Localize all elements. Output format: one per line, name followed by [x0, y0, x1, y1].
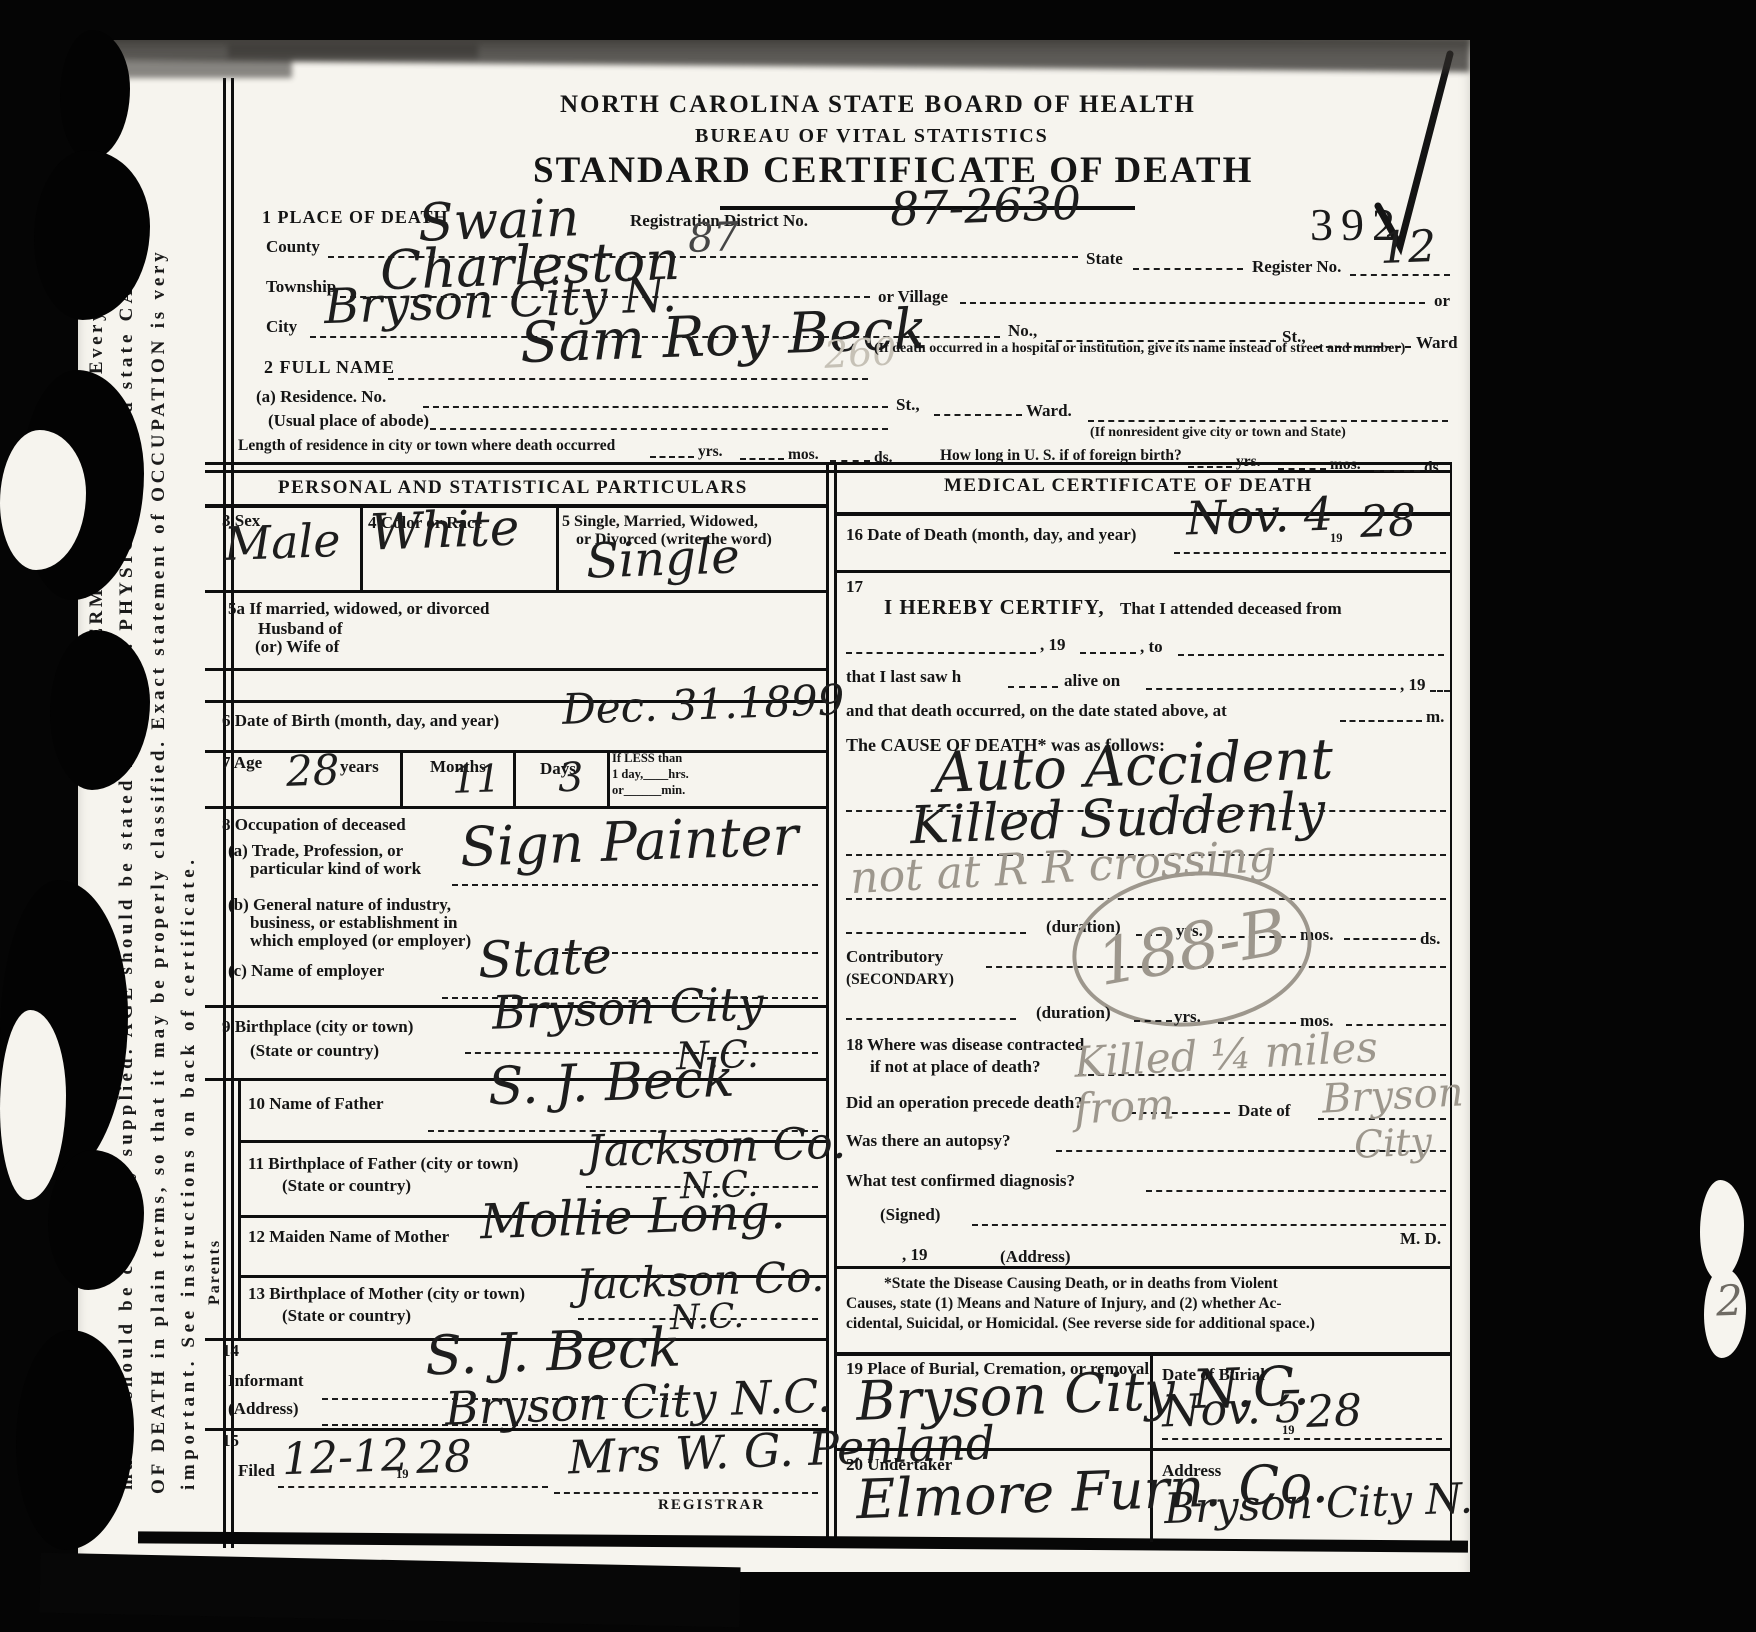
date-of-label: Date of [1238, 1102, 1290, 1120]
duration2-yrs-line [1134, 1020, 1172, 1022]
foreign-ds-line [1374, 470, 1420, 472]
dod-year-value: 28 [1359, 501, 1416, 543]
informant-label: Informant [228, 1372, 304, 1390]
footnote-bottom-rule [836, 1352, 1450, 1356]
autopsy-label: Was there an autopsy? [846, 1132, 1011, 1150]
residence-label: (a) Residence. No. [256, 388, 386, 406]
birthplace-sublabel: (State or country) [250, 1042, 379, 1060]
wife-of-label: (or) Wife of [255, 638, 339, 656]
item-14-number: 14 [222, 1342, 239, 1360]
length-of-residence-label: Length of residence in city or town wher… [238, 438, 615, 454]
certify-from-line [846, 652, 1036, 654]
top-left-smudge-2 [228, 44, 478, 58]
village-or-label: or [1434, 292, 1450, 310]
parents-label: Parents [206, 1135, 224, 1305]
signed-label: (Signed) [880, 1206, 940, 1224]
duration2-yrs-label: yrs. [1174, 1008, 1201, 1026]
length-ds-label: ds. [874, 450, 893, 466]
margin-instruction-line-3: OF DEATH in plain terms, so that it may … [148, 104, 170, 1494]
contracted-pencil-4: City [1353, 1124, 1433, 1162]
last-saw-line-1 [1008, 686, 1058, 688]
industry-label-2: business, or establishment in [250, 914, 458, 932]
burial-19-printed: 19 [1282, 1424, 1295, 1437]
operation-label: Did an operation precede death? [846, 1094, 1083, 1112]
duration2-mos-line [1218, 1022, 1296, 1024]
residence-line [423, 406, 888, 408]
filed-line [278, 1486, 548, 1488]
informant-address-value: Bryson City N.C. [444, 1375, 832, 1430]
signed-address-label: (Address) [1000, 1248, 1071, 1266]
months-days-divider [513, 750, 516, 806]
if-less-label-1: If LESS than [612, 752, 682, 765]
dob-value: Dec. 31.1899 [561, 681, 845, 729]
employer-value: State [477, 934, 612, 984]
signed-19-label: , 19 [902, 1246, 928, 1264]
register-no-label: Register No. [1252, 258, 1341, 276]
form-left-border-inner [231, 78, 234, 1548]
item-15-number: 15 [222, 1432, 239, 1450]
age-months-divider [400, 750, 403, 806]
board-title: NORTH CAROLINA STATE BOARD OF HEALTH [560, 92, 1196, 118]
duration1-ds-label: ds. [1420, 930, 1440, 948]
dod-line [1174, 552, 1446, 554]
sex-value: Male [223, 520, 341, 565]
alive-on-label: alive on [1064, 672, 1120, 690]
industry-label-1: (b) General nature of industry, [228, 896, 451, 914]
county-label: County [266, 238, 320, 256]
full-name-line [388, 378, 868, 380]
row-5a-rule [205, 668, 826, 671]
row-16-rule [836, 570, 1450, 573]
father-bp-sublabel: (State or country) [282, 1177, 411, 1195]
foreign-mos-line [1278, 468, 1326, 470]
married-widowed-label: 5a If married, widowed, or divorced [228, 600, 489, 618]
birthplace-value: Bryson City [491, 983, 764, 1034]
foreign-yrs-label: yrs. [1236, 454, 1261, 470]
filed-date-value: 12-12 [281, 1436, 409, 1480]
father-bp-label: 11 Birthplace of Father (city or town) [248, 1155, 518, 1173]
column-divider-inner [834, 464, 837, 1542]
age-days-value: 3 [557, 760, 584, 797]
trade-value: Sign Painter [459, 812, 799, 872]
employer-label: (c) Name of employer [228, 962, 384, 980]
date-of-death-value: Nov. 4 [1185, 493, 1333, 539]
age-label: 7 Age [222, 754, 262, 772]
nonresident-line [1088, 420, 1448, 422]
dod-19-printed: 19 [1330, 532, 1343, 545]
certify-19c-label: , 19 [1400, 676, 1426, 694]
contracted-pencil-2: from [1073, 1085, 1176, 1128]
certify-label-bold: I HEREBY CERTIFY, [884, 596, 1105, 618]
age-years-value: 28 [285, 751, 340, 791]
contributory-label: Contributory [846, 948, 943, 966]
city-no-label: No., [1008, 322, 1037, 340]
occurred-m-label: m. [1426, 708, 1444, 726]
length-ds-line [830, 460, 870, 462]
item-17-number: 17 [846, 578, 863, 596]
row-19-rule [836, 1448, 1450, 1451]
date-of-burial-label: Date of Burial [1162, 1366, 1265, 1384]
certify-to-label: , to [1140, 638, 1163, 656]
state-label: State [1086, 250, 1123, 268]
margin-instruction-line-2: mation should be carefully supplied. AGE… [116, 100, 138, 1490]
where-contracted-label-2: if not at place of death? [870, 1058, 1040, 1076]
death-occurred-line [1340, 720, 1422, 722]
row-3-rule [205, 590, 826, 593]
duration1-ds-line [1344, 938, 1416, 940]
residence-st-label: St., [896, 396, 920, 414]
scanned-death-certificate: THIS IS A PERMANENT RECORD. Every item o… [0, 0, 1756, 1632]
contracted-pencil-3: Bryson [1321, 1074, 1464, 1117]
medical-header-rule [836, 512, 1450, 516]
marital-value: Single [585, 535, 740, 584]
foreign-yrs-line [1188, 466, 1232, 468]
date-of-death-label: 16 Date of Death (month, day, and year) [846, 526, 1136, 544]
dob-label: 6 Date of Birth (month, day, and year) [222, 712, 499, 730]
certify-19a-label: , 19 [1040, 636, 1066, 654]
register-line [1350, 274, 1450, 276]
burial-date-line [1162, 1438, 1442, 1440]
father-label: 10 Name of Father [248, 1095, 384, 1113]
alive-on-line [1146, 688, 1396, 690]
if-less-label-3: or______min. [612, 784, 685, 797]
footnote-line-1: *State the Disease Causing Death, or in … [884, 1276, 1278, 1292]
certify-19a-line [1080, 652, 1136, 654]
state-line [1133, 268, 1243, 270]
undertaker-address-label: Address [1162, 1462, 1221, 1480]
if-less-label-2: 1 day,____hrs. [612, 768, 689, 781]
form-right-border [1450, 464, 1452, 1542]
mother-bp-sublabel: (State or country) [282, 1307, 411, 1325]
certificate-paper: THIS IS A PERMANENT RECORD. Every item o… [78, 40, 1470, 1572]
section-double-rule-top [205, 462, 1452, 465]
industry-label-3: which employed (or employer) [250, 932, 471, 950]
form-left-border-outer [223, 78, 226, 1548]
footnote-line-3: cidental, Suicidal, or Homicidal. (See r… [846, 1316, 1315, 1332]
trade-label-2: particular kind of work [250, 860, 421, 878]
filed-year-value: 28 [415, 1437, 472, 1479]
full-name-label: 2 FULL NAME [264, 358, 395, 377]
length-yrs-label: yrs. [698, 444, 723, 460]
husband-of-label: Husband of [258, 620, 343, 638]
registrar-label: REGISTRAR [658, 1498, 765, 1514]
duration2-label: (duration) [1036, 1004, 1111, 1022]
right-edge-mark: 2 [1715, 1282, 1743, 1321]
registrar-line [554, 1492, 818, 1494]
village-line [960, 302, 1425, 304]
md-label: M. D. [1400, 1230, 1441, 1248]
birthplace-label: 9 Birthplace (city or town) [222, 1018, 413, 1036]
age-months-value: 11 [451, 761, 501, 797]
foreign-birth-label: How long in U. S. if of foreign birth? [940, 448, 1182, 464]
informant-address-label: (Address) [228, 1400, 299, 1418]
duration1-line [846, 932, 1026, 934]
certify-label-rest: That I attended deceased from [1120, 600, 1342, 618]
burial-year-value: 28 [1305, 1391, 1362, 1433]
undertaker-address-value: Bryson City N.C. [1163, 1478, 1470, 1528]
registration-district-value: 87-2630 [889, 183, 1081, 231]
foreign-ds-label: ds [1424, 460, 1439, 476]
mother-bp-label: 13 Birthplace of Mother (city or town) [248, 1285, 525, 1303]
right-edge-sliver-1 [1700, 1180, 1744, 1280]
mother-value: Mollie Long. [479, 1191, 786, 1245]
foreign-mos-label: mos. [1330, 457, 1361, 473]
sex-race-divider [360, 504, 363, 590]
length-mos-label: mos. [788, 447, 819, 463]
mother-bp-state-value: N.C. [669, 1301, 744, 1334]
informant-value: S. J. Beck [424, 1324, 681, 1381]
abode-line [430, 428, 888, 430]
parents-inner-border [238, 1078, 241, 1338]
section-double-rule-bottom [205, 470, 1452, 473]
length-yrs-line [650, 456, 694, 458]
filed-19-printed: 19 [396, 1468, 409, 1481]
city-ward-label: Ward [1416, 334, 1458, 352]
signed-line [972, 1224, 1446, 1226]
certify-to-line [1178, 654, 1444, 656]
father-value: S. J. Beck [487, 1056, 735, 1111]
length-mos-line [740, 458, 784, 460]
margin-instruction-line-4: important. See instructions on back of c… [178, 740, 200, 1490]
residence-st-line [934, 414, 1022, 416]
circled-file-stamp-text: 188-B [1093, 904, 1291, 994]
death-occurred-label: and that death occurred, on the date sta… [846, 702, 1227, 720]
residence-ward-label: Ward. [1026, 402, 1072, 420]
trade-label-1: (a) Trade, Profession, or [228, 842, 403, 860]
personal-section-header: PERSONAL AND STATISTICAL PARTICULARS [278, 478, 748, 498]
city-label: City [266, 318, 297, 336]
footnote-line-2: Causes, state (1) Means and Nature of In… [846, 1296, 1282, 1312]
race-value: White [369, 505, 520, 555]
last-saw-label: that I last saw h [846, 668, 961, 686]
register-no-value: 12 [1379, 227, 1436, 269]
nonresident-note: (If nonresident give city or town and St… [1090, 426, 1346, 441]
abode-label: (Usual place of abode) [268, 412, 429, 430]
duration2-line [846, 1018, 1016, 1020]
form-bottom-heavy-bar [138, 1531, 1468, 1552]
mother-label: 12 Maiden Name of Mother [248, 1228, 449, 1246]
race-marital-divider [556, 504, 559, 590]
age-years-label: years [340, 758, 379, 776]
trade-line [452, 884, 818, 886]
certify-19c-line [1430, 690, 1450, 692]
secondary-label: (SECONDARY) [846, 972, 954, 988]
top-left-smudge-1 [122, 58, 292, 78]
occupation-label: 8 Occupation of deceased [222, 816, 406, 834]
county-district-number: 87 [687, 219, 739, 257]
test-label: What test confirmed diagnosis? [846, 1172, 1075, 1190]
bureau-title: BUREAU OF VITAL STATISTICS [695, 126, 1049, 147]
test-line [1146, 1190, 1446, 1192]
footnote-top-rule [836, 1266, 1450, 1269]
hospital-note: (If death occurred in a hospital or inst… [874, 342, 1405, 357]
days-less-divider [607, 750, 610, 806]
where-contracted-label-1: 18 Where was disease contracted [846, 1036, 1084, 1054]
filed-label: Filed [238, 1462, 275, 1480]
